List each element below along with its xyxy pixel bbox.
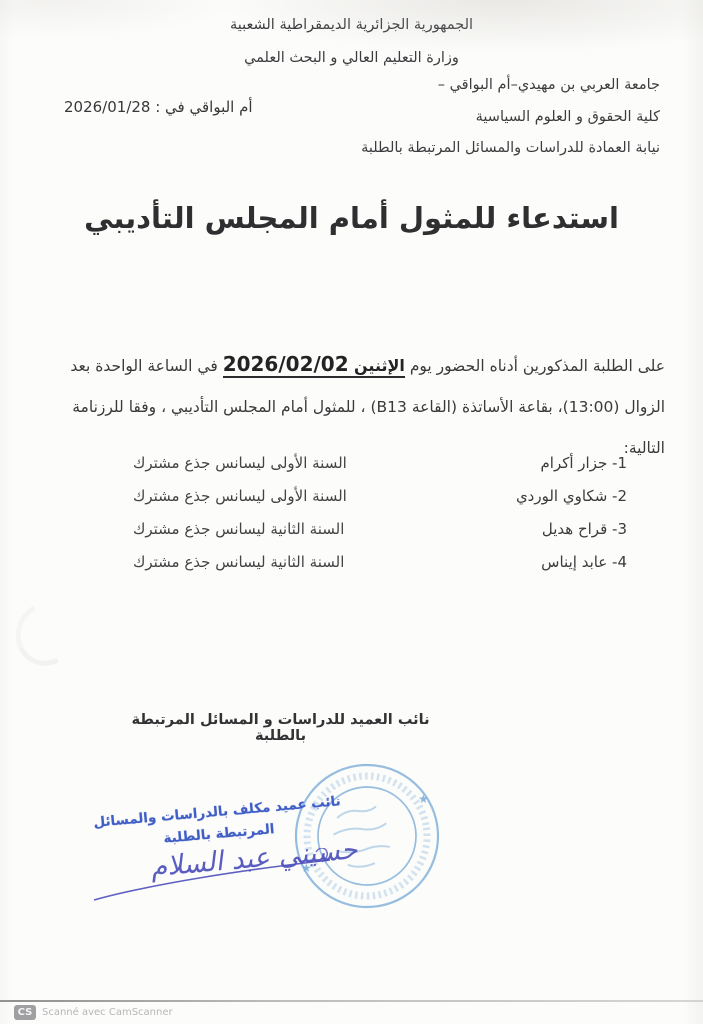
student-row: 2- شكاوي الوردي السنة الأولى ليسانس جذع … — [133, 480, 627, 513]
student-name: 2- شكاوي الوردي — [516, 480, 627, 513]
body-segment-before-day: على الطلبة المذكورين أدناه الحضور يوم — [405, 357, 665, 375]
student-name: 3- قراح هديل — [542, 513, 627, 546]
scan-edge-line — [0, 1000, 703, 1002]
header-right: جامعة العربي بن مهيدي–أم البواقي – كلية … — [361, 70, 660, 165]
header-center: الجمهورية الجزائرية الديمقراطية الشعبية … — [0, 9, 703, 75]
camscanner-text: Scanné avec CamScanner — [42, 1007, 173, 1018]
student-list: 1- جزار أكرام السنة الأولى ليسانس جذع مش… — [133, 447, 627, 579]
republic-line: الجمهورية الجزائرية الديمقراطية الشعبية — [0, 9, 703, 42]
student-name: 1- جزار أكرام — [541, 447, 628, 480]
place-date-line: أم البواقي في : 2026/01/28 — [64, 98, 253, 116]
student-year: السنة الثانية ليسانس جذع مشترك — [133, 513, 344, 546]
day-and-date-underlined: الإثنين 2026/02/02 — [223, 357, 405, 378]
scanned-document-page: الجمهورية الجزائرية الديمقراطية الشعبية … — [0, 0, 703, 1024]
university-line: جامعة العربي بن مهيدي–أم البواقي – — [361, 70, 660, 102]
signatory-title: نائب العميد للدراسات و المسائل المرتبطة … — [128, 712, 433, 744]
student-year: السنة الأولى ليسانس جذع مشترك — [133, 447, 347, 480]
hearing-date: 2026/02/02 — [223, 352, 349, 376]
scan-crease-mark — [8, 594, 85, 673]
student-name: 4- عابد إيناس — [541, 546, 627, 579]
student-row: 1- جزار أكرام السنة الأولى ليسانس جذع مش… — [133, 447, 627, 480]
document-title: استدعاء للمثول أمام المجلس التأديبي — [0, 201, 703, 235]
student-row: 3- قراح هديل السنة الثانية ليسانس جذع مش… — [133, 513, 627, 546]
student-row: 4- عابد إيناس السنة الثانية ليسانس جذع م… — [133, 546, 627, 579]
camscanner-logo: CS — [14, 1005, 36, 1020]
vice-deanship-line: نيابة العمادة للدراسات والمسائل المرتبطة… — [361, 133, 660, 165]
faculty-line: كلية الحقوق و العلوم السياسية — [361, 102, 660, 134]
student-year: السنة الثانية ليسانس جذع مشترك — [133, 546, 344, 579]
camscanner-watermark: CS Scanné avec CamScanner — [14, 1005, 173, 1020]
student-year: السنة الأولى ليسانس جذع مشترك — [133, 480, 347, 513]
stamp-star-right: ★ — [418, 792, 429, 806]
weekday: الإثنين — [354, 356, 405, 375]
signature-stroke — [82, 848, 392, 910]
